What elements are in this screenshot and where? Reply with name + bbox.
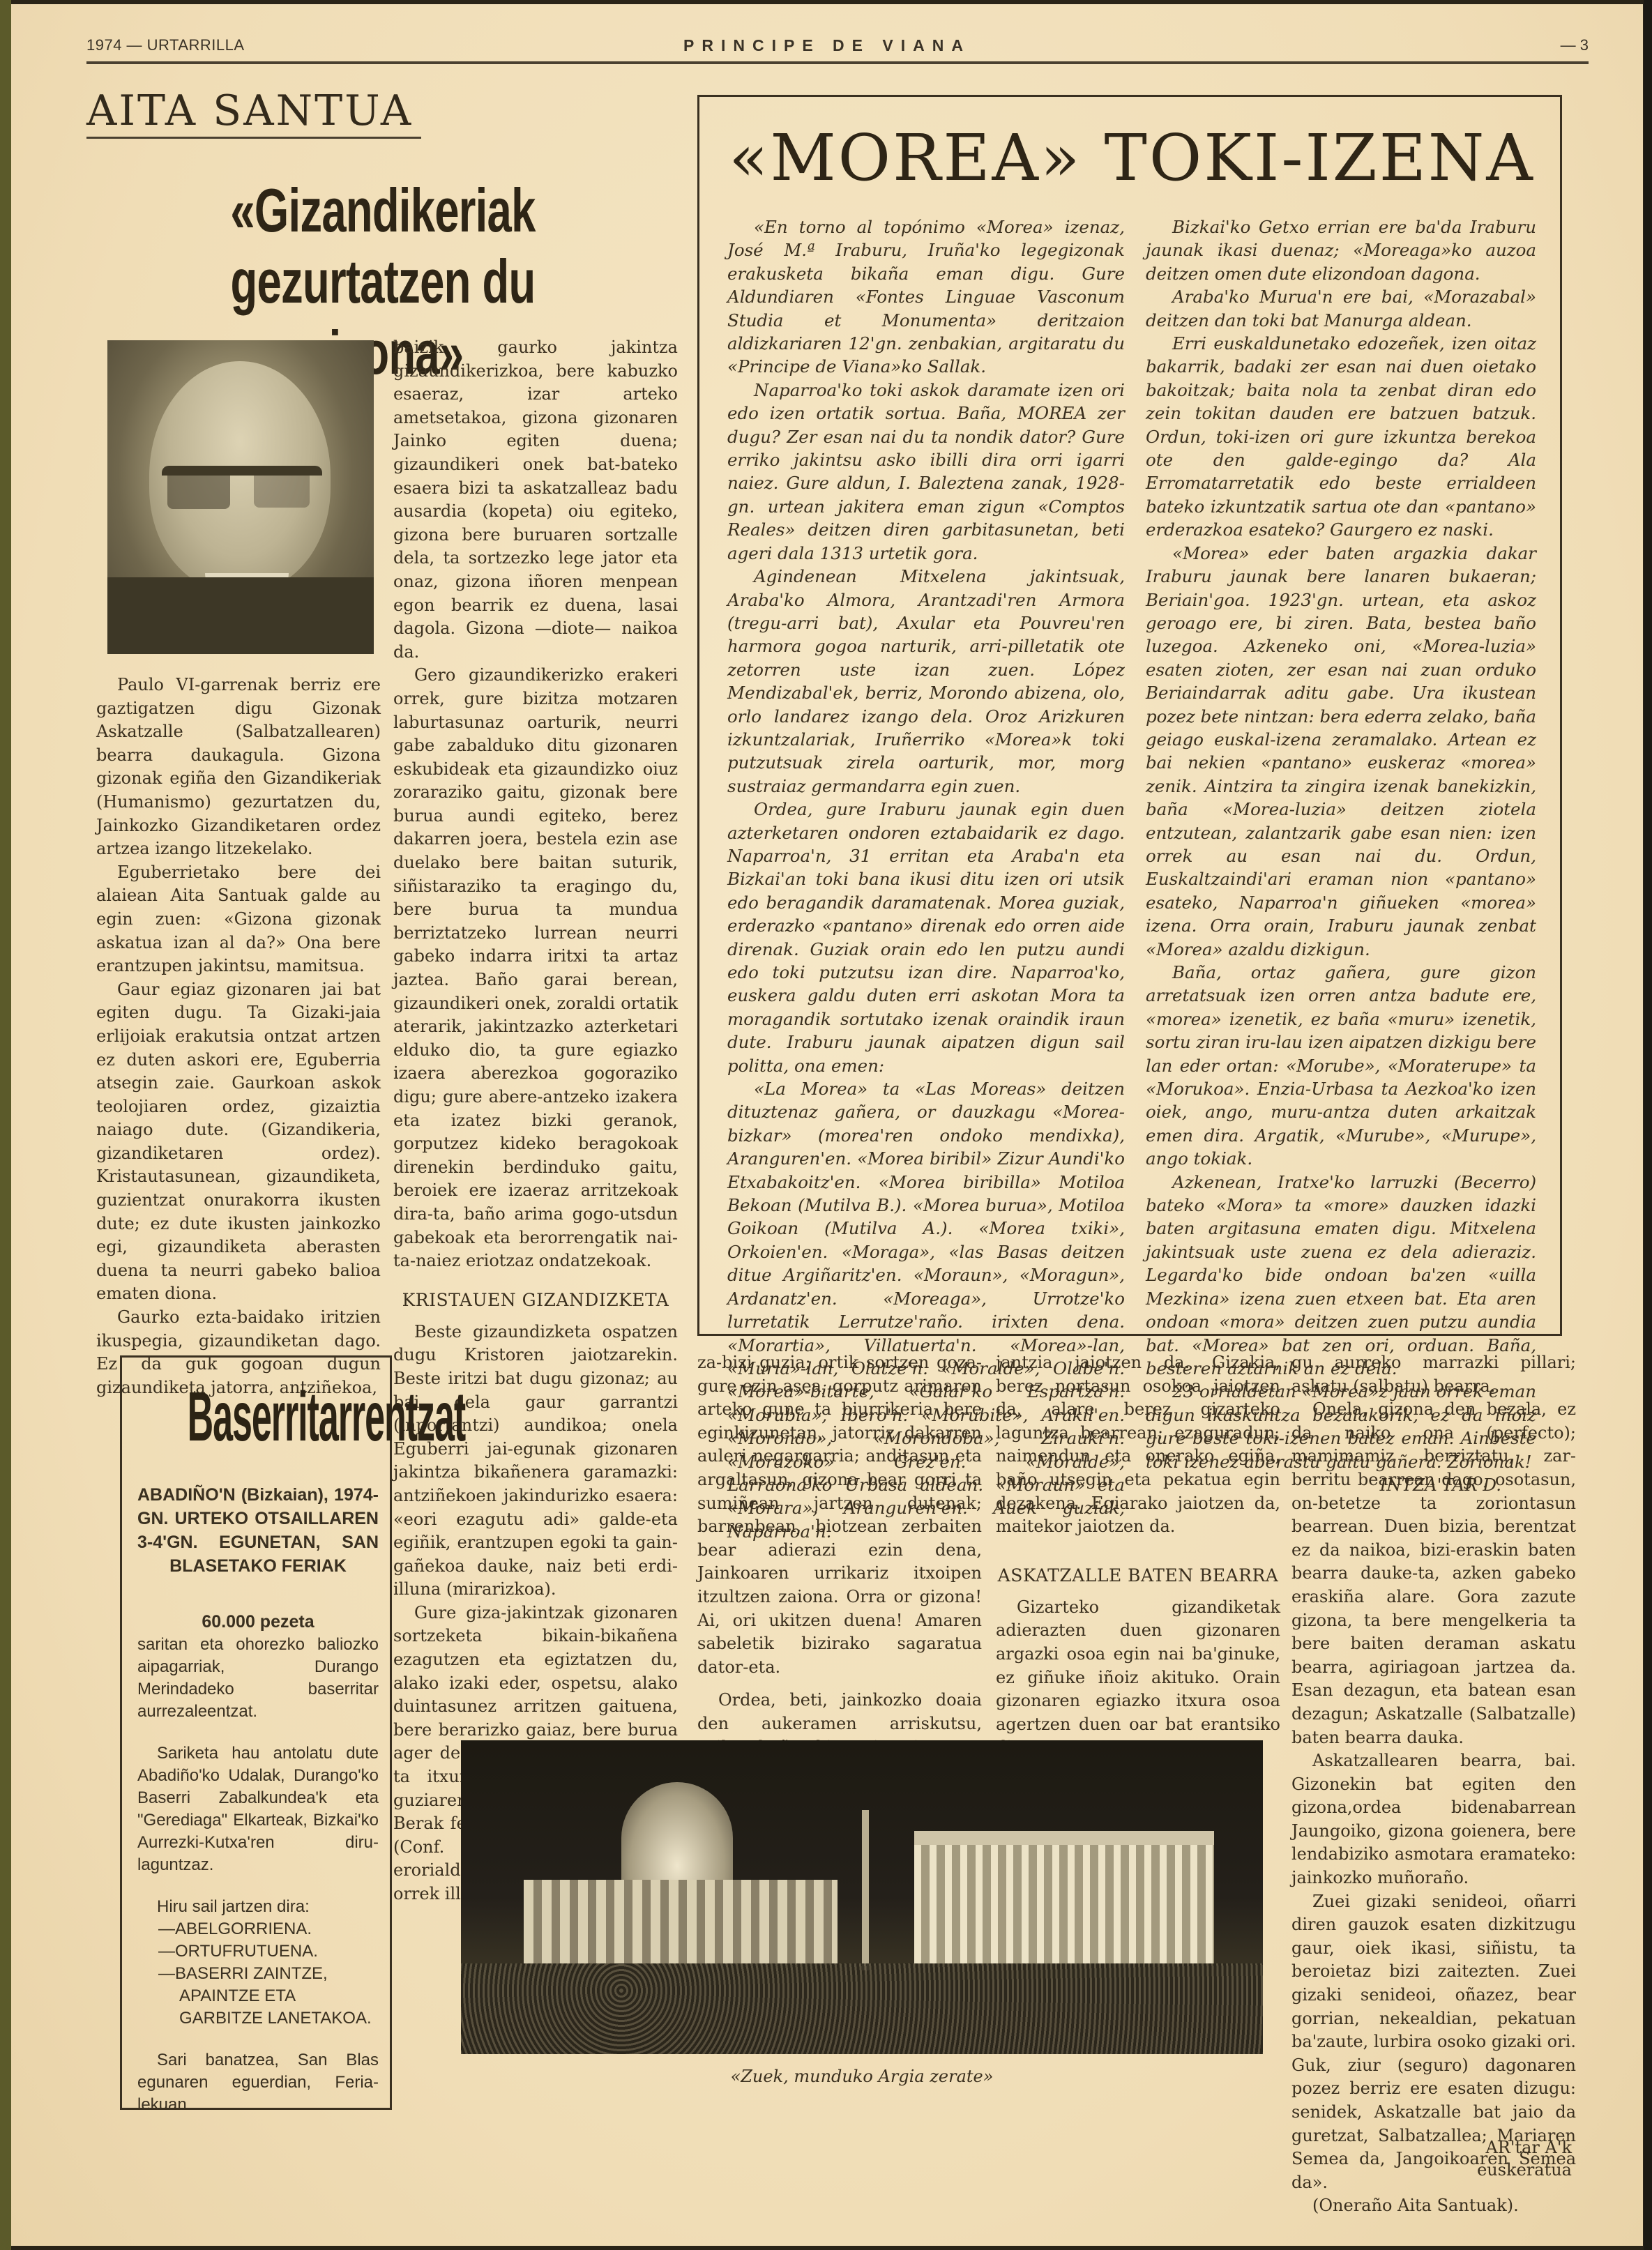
ad-headline: ABADIÑO'N (Bizkaian), 1974-GN. URTEKO OT… — [137, 1483, 379, 1578]
advertisement-box: Baserritarrentzat ABADIÑO'N (Bizkaian), … — [120, 1355, 392, 2110]
portrait-cassock — [107, 577, 374, 654]
ad-categories-intro: Hiru sail jartzen dira: — [137, 1896, 379, 1918]
signature-line: AR'tar A'k — [1477, 2136, 1572, 2159]
kicker-rule — [86, 137, 421, 139]
ad-prize-amount: 60.000 pezeta — [137, 1610, 379, 1634]
paragraph: 23 orrialdetan «Morea»z jaun orrek eman … — [1146, 1380, 1536, 1473]
paragraph: Agindenean Mitxelena jakintsuak, Araba'k… — [727, 565, 1125, 798]
ad-category: —BASERRI ZAINTZE, APAINTZE ETA GARBITZE … — [158, 1963, 379, 2030]
signature-line: euskeratua — [1477, 2159, 1572, 2181]
ad-award-info: Sari banatzea, San Blas egunaren eguerdi… — [137, 2049, 379, 2116]
paragraph: Paulo VI-garrenak berriz ere gaztigatzen… — [96, 674, 381, 861]
page-number: — 3 — [1561, 36, 1589, 61]
paragraph: «En torno al topónimo «Morea» izenaz, Jo… — [727, 215, 1125, 379]
morea-article-left-col: «En torno al topónimo «Morea» izenaz, Jo… — [727, 215, 1125, 1543]
page-outer-edge — [1644, 0, 1652, 2250]
paragraph: Naparroa'ko toki askok daramate izen ori… — [727, 379, 1125, 565]
photo-caption: «Zuek, munduko Argia zerate» — [461, 2067, 1263, 2086]
pope-article-col1: Paulo VI-garrenak berriz ere gaztigatzen… — [96, 674, 381, 1399]
ad-organizers: Sariketa hau antolatu dute Abadiño'ko Ud… — [137, 1742, 379, 1876]
paragraph: Beste gizaundizketa ospatzen dugu Kristo… — [393, 1321, 678, 1602]
section-kicker: AITA SANTUA — [86, 86, 413, 135]
newspaper-page: 1974 — URTARRILLA PRINCIPE DE VIANA — 3 … — [11, 4, 1643, 2246]
paragraph: Gaur egiaz gizonaren jai bat egiten dugu… — [96, 978, 381, 1306]
photo-lit-palace — [914, 1845, 1214, 1963]
paragraph: Gero gizaundikerizko erakeri orrek, gure… — [393, 664, 678, 1272]
paragraph: «La Morea» ta «Las Moreas» deitzen dituz… — [727, 1077, 1125, 1543]
page-binding-edge — [0, 0, 11, 2250]
paragraph: «Morea» eder baten argazkia dakar Irabur… — [1146, 542, 1536, 961]
morea-article-title: «MOREA» TOKI-IZENA — [699, 121, 1564, 195]
ad-category: —ORTUFRUTUENA. — [158, 1940, 379, 1963]
publication-title: PRINCIPE DE VIANA — [11, 36, 1643, 61]
paragraph: Erri euskaldunetako edozeñek, izen oitaz… — [1146, 332, 1536, 542]
photo-basilica-dome — [621, 1782, 733, 1887]
morea-article-box: «MOREA» TOKI-IZENA «En torno al topónimo… — [697, 95, 1562, 1336]
ad-categories-list: —ABELGORRIENA. —ORTUFRUTUENA. —BASERRI Z… — [137, 1918, 379, 2030]
st-peters-square-night-photo — [461, 1740, 1263, 2054]
paragraph: baizik gaurko jakintza gizaundikerizkoa,… — [393, 336, 678, 664]
paragraph: Bizkai'ko Getxo errian ere ba'da Iraburu… — [1146, 215, 1536, 285]
ad-title: Baserritarrentzat — [188, 1378, 329, 1455]
subheading-kristauen-gizandizketa: KRISTAUEN GIZANDIZKETA — [393, 1289, 678, 1312]
paragraph: Baña, ortaz gañera, gure gizon arretatsu… — [1146, 961, 1536, 1171]
ad-body: ABADIÑO'N (Bizkaian), 1974-GN. URTEKO OT… — [137, 1483, 379, 2116]
subheading-askatzalle-baten-bearra: ASKATZALLE BATEN BEARRA — [996, 1564, 1280, 1588]
paragraph: Gizarteko gizandiketak adierazten duen g… — [996, 1596, 1280, 1760]
header-rule — [86, 61, 1589, 64]
morea-author-signature: INTZA'TAR D. — [1146, 1473, 1536, 1496]
morea-article-right-col: Bizkai'ko Getxo errian ere ba'da Iraburu… — [1146, 215, 1536, 1496]
paragraph: Askatzallearen bearra, bai. Gizonekin ba… — [1291, 1749, 1576, 1890]
pope-portrait-photo — [107, 340, 374, 654]
photo-basilica-facade — [524, 1880, 838, 1963]
photo-obelisk — [862, 1810, 869, 1970]
ad-prize-text: saritan eta ohorezko baliozko aipagarria… — [137, 1634, 379, 1723]
paragraph: (Oneraño Aita Santuak). — [1291, 2194, 1576, 2218]
paragraph: Azkenean, Iratxe'ko larruzki (Becerro) b… — [1146, 1171, 1536, 1381]
paragraph: Araba'ko Murua'n ere bai, «Morazabal» de… — [1146, 285, 1536, 332]
pope-article-col2: baizik gaurko jakintza gizaundikerizkoa,… — [393, 336, 678, 1906]
ad-category: —ABELGORRIENA. — [158, 1918, 379, 1940]
photo-crowd — [461, 1963, 1263, 2054]
translator-signature: AR'tar A'k euskeratua — [1477, 2136, 1572, 2181]
paragraph: Eguberrietako bere dei alaiean Aita Sant… — [96, 861, 381, 978]
portrait-glasses-frame — [162, 466, 322, 508]
paragraph: Ordea, gure Iraburu jaunak egin duen azt… — [727, 798, 1125, 1077]
